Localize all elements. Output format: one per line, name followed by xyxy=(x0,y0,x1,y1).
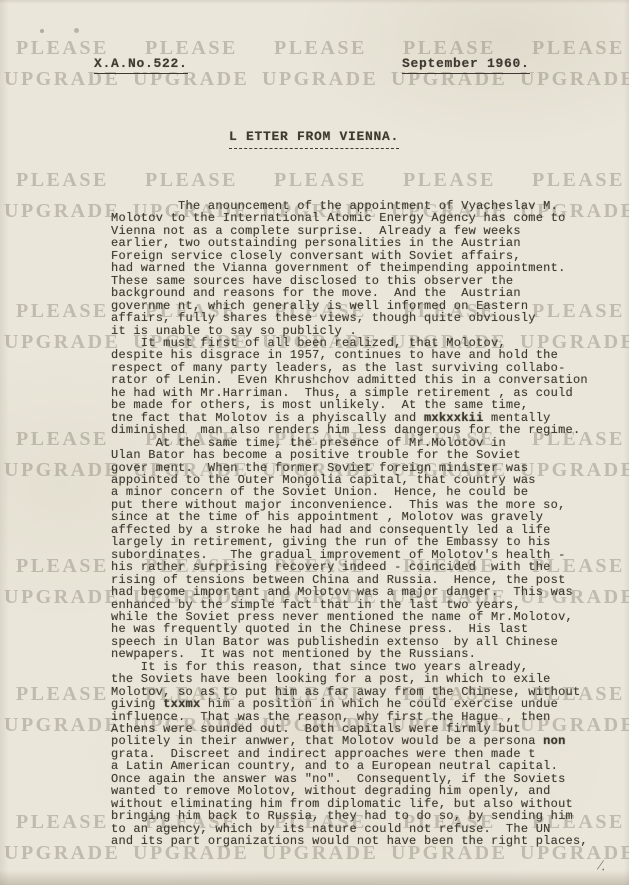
body-line: giving txxmx him a position in which he … xyxy=(111,698,588,710)
body-line: Ulan Bator has become a positive trouble… xyxy=(111,449,588,461)
body-line: earlier, two outstainding personalities … xyxy=(111,237,588,249)
body-line: had warned the Vianna government of thei… xyxy=(111,262,588,274)
body-line: the Soviets have been looking for a post… xyxy=(111,673,588,685)
letter-body: The anouncement of the appointment of Vy… xyxy=(111,200,588,848)
document-title: L ETTER FROM VIENNA. xyxy=(229,129,399,149)
body-line: background and reasons for the move. And… xyxy=(111,287,588,299)
body-line: his rather surprising recovery indeed - … xyxy=(111,561,588,573)
body-line: affairs, fully shares these views, thoug… xyxy=(111,312,588,324)
letter-content: X.A.No.522. September 1960. L ETTER FROM… xyxy=(0,0,629,885)
body-line: largely in retirement, giving the run of… xyxy=(111,536,588,548)
reference-number: X.A.No.522. xyxy=(94,56,188,74)
body-line: a Latin American country, and to a Europ… xyxy=(111,760,588,772)
body-line: had become important and Molotov was a m… xyxy=(111,586,588,598)
body-line: a minor concern of the Soviet Union. Hen… xyxy=(111,486,588,498)
body-line: rator of Lenin. Even Khrushchov admitted… xyxy=(111,374,588,386)
body-line: be made for others, is most unlikely. At… xyxy=(111,399,588,411)
body-line: and its part organizations would not hav… xyxy=(111,835,588,847)
body-line: wanted to remove Molotov, without degrad… xyxy=(111,785,588,797)
paper-speck xyxy=(74,28,79,33)
paper-speck xyxy=(40,29,44,33)
body-line: newpapers. It was not mentioned by the R… xyxy=(111,648,588,660)
pencil-mark: /. xyxy=(597,858,607,876)
body-line: bringing him back to Russia, they had to… xyxy=(111,810,588,822)
body-line: he was frequently quoted in the Chinese … xyxy=(111,623,588,635)
body-line: since at the time of his appointment , M… xyxy=(111,511,588,523)
document-date: September 1960. xyxy=(402,56,530,74)
body-line: diminished man also renders him less dan… xyxy=(111,424,588,436)
document-page: PLEASEUPGRADEPLEASEUPGRADEPLEASEUPGRADEP… xyxy=(0,0,629,885)
